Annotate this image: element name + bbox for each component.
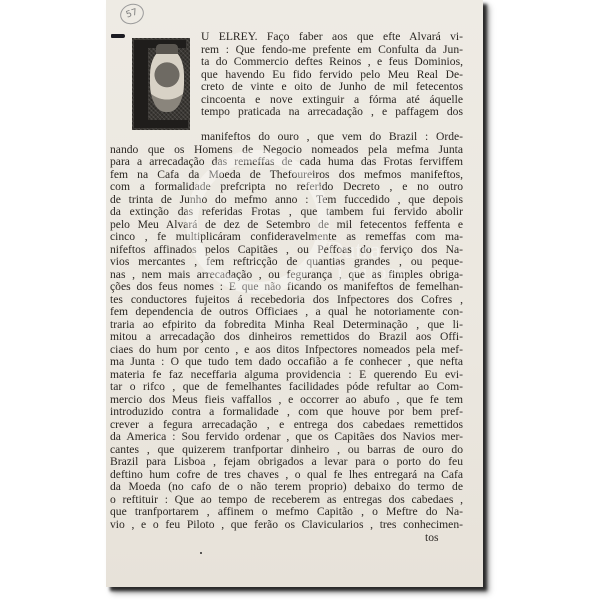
- text-line: ções dos feus nomes : E que não ficando …: [110, 281, 463, 293]
- catchword: tos: [425, 532, 465, 544]
- text-line: tempo praticada na arrecadação , e paffa…: [201, 106, 463, 118]
- text-line: tar o rifco , que de femelhantes facilid…: [110, 381, 463, 393]
- text-line: vios mercantes , fem reftricção de quant…: [110, 256, 463, 268]
- text-line: Brazil para Lisboa , fejam obrigados a l…: [110, 456, 463, 468]
- text-line: mitou a arrecadação dos dinheiros remett…: [110, 331, 463, 343]
- text-line: introduzido contra a formalidade , com q…: [110, 406, 463, 418]
- text-line: cinco , fe multiplicáram confideravelmen…: [110, 231, 463, 243]
- text-line: manifeftos do ouro , que vem do Brazil :…: [201, 131, 463, 143]
- text-line: da America : Sou fervido ordenar , que o…: [110, 431, 463, 443]
- text-line: ma Junta : O que tudo tem dado occafião …: [110, 356, 463, 368]
- text-line: da extinção das referidas Frotas , que t…: [110, 206, 463, 218]
- document-page: 57 U ELREY. Faço faber aos que efte Alva…: [106, 0, 483, 587]
- text-line: que tranfportarem , affinem o mefmo Capi…: [110, 506, 463, 518]
- text-line: ta do Commercio deftes Reinos , e feus D…: [201, 56, 463, 68]
- text-line: para a arrecadação das remeffas de cada …: [110, 156, 463, 168]
- text-line: vio , e o feu Piloto , que ferão os Clav…: [110, 519, 463, 531]
- text-line: com a formalidade prefcripta no referido…: [110, 181, 463, 193]
- body-text: U ELREY. Faço faber aos que efte Alvará …: [106, 0, 483, 587]
- text-line: creto de vinte e oito de Junho de mil fe…: [201, 81, 463, 93]
- text-line: fem dependencia de outros Officiaes , a …: [110, 306, 463, 318]
- text-line: U ELREY. Faço faber aos que efte Alvará …: [201, 31, 463, 43]
- paper-speck: [200, 552, 202, 554]
- text-line: da Moeda (no cafo de o não terem proprio…: [110, 481, 463, 493]
